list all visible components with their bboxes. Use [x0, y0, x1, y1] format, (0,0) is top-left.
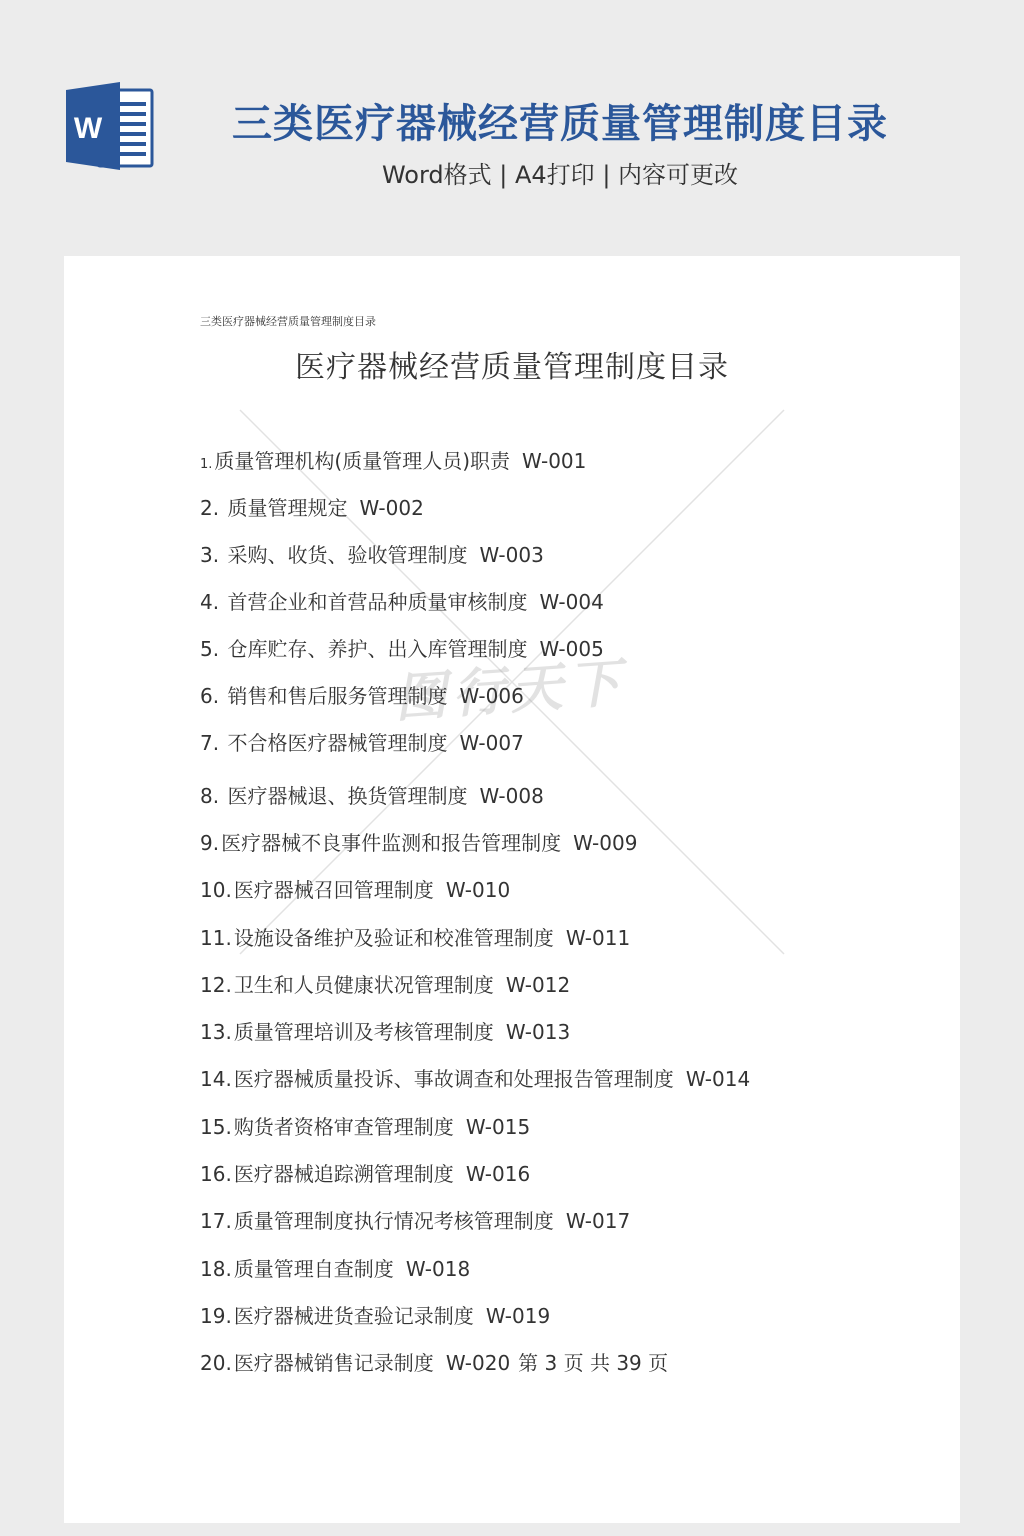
toc-item: 3. 采购、收货、验收管理制度W-003: [200, 541, 544, 569]
document-header: 三类医疗器械经营质量管理制度目录: [200, 313, 376, 329]
toc-item: 5. 仓库贮存、养护、出入库管理制度W-005: [200, 635, 604, 663]
toc-item: 6. 销售和售后服务管理制度W-006: [200, 682, 524, 710]
toc-item: 19.医疗器械进货查验记录制度W-019: [200, 1302, 550, 1330]
toc-item: 9.医疗器械不良事件监测和报告管理制度W-009: [200, 829, 637, 857]
banner-subtitle: Word格式 | A4打印 | 内容可更改: [200, 155, 920, 190]
toc-item: 13.质量管理培训及考核管理制度W-013: [200, 1018, 570, 1046]
toc-item: 8. 医疗器械退、换货管理制度W-008: [200, 782, 544, 810]
toc-item: 16.医疗器械追踪溯管理制度W-016: [200, 1160, 530, 1188]
toc-item: 20.医疗器械销售记录制度W-020第 3 页 共 39 页: [200, 1349, 668, 1377]
toc-item: 17.质量管理制度执行情况考核管理制度W-017: [200, 1207, 630, 1235]
toc-item: 7. 不合格医疗器械管理制度W-007: [200, 729, 524, 757]
toc-item: 2. 质量管理规定W-002: [200, 494, 424, 522]
banner-title: 三类医疗器械经营质量管理制度目录: [200, 92, 920, 149]
toc-item: 4. 首营企业和首营品种质量审核制度W-004: [200, 588, 604, 616]
document-page: 图行天下 三类医疗器械经营质量管理制度目录 医疗器械经营质量管理制度目录 1.质…: [64, 256, 960, 1523]
toc-item: 18.质量管理自查制度W-018: [200, 1255, 470, 1283]
page-number: 第 3 页 共 39 页: [518, 1351, 668, 1375]
banner: W 三类医疗器械经营质量管理制度目录 Word格式 | A4打印 | 内容可更改: [0, 0, 1024, 256]
word-icon: W: [64, 80, 156, 172]
toc-item: 15.购货者资格审查管理制度W-015: [200, 1113, 530, 1141]
toc-item: 1.质量管理机构(质量管理人员)职责W-001: [200, 447, 586, 479]
toc-item: 10.医疗器械召回管理制度W-010: [200, 876, 510, 904]
toc-item: 11.设施设备维护及验证和校准管理制度W-011: [200, 924, 630, 952]
svg-text:W: W: [74, 112, 103, 145]
toc-item: 14.医疗器械质量投诉、事故调查和处理报告管理制度W-014: [200, 1065, 750, 1093]
toc-item: 12.卫生和人员健康状况管理制度W-012: [200, 971, 570, 999]
document-title: 医疗器械经营质量管理制度目录: [64, 342, 960, 386]
